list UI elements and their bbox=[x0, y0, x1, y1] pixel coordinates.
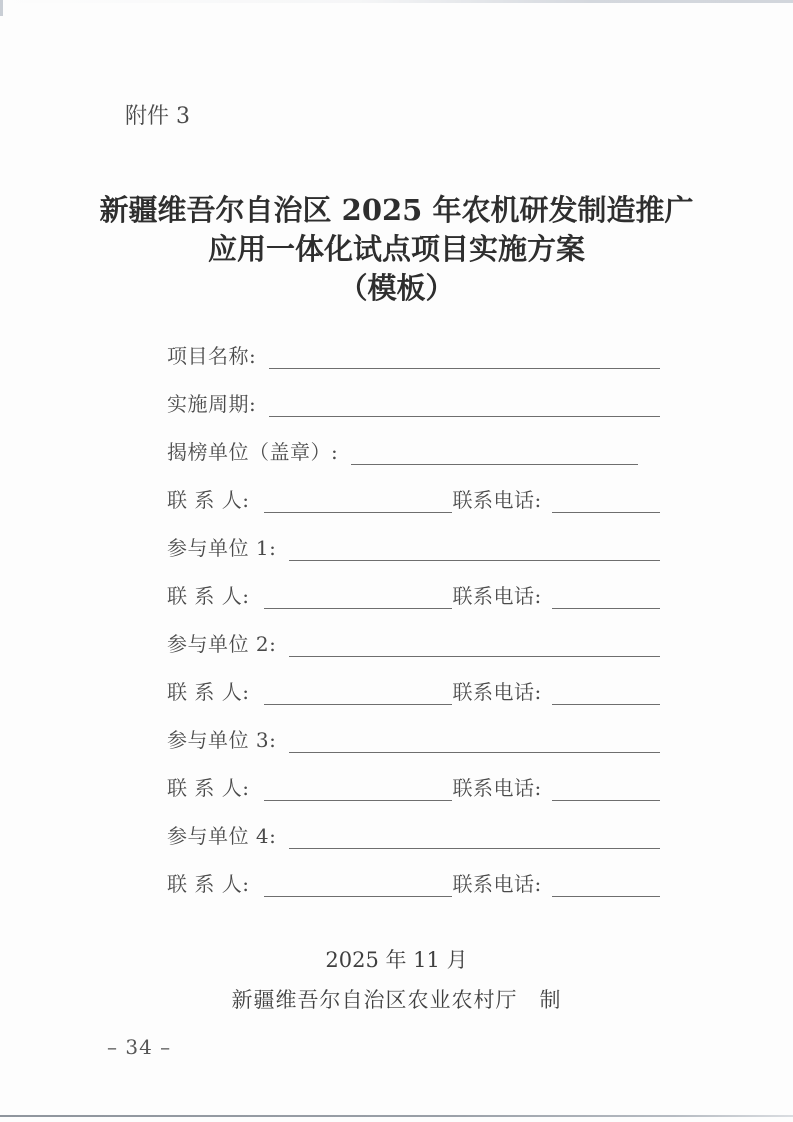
field-label: 项目名称: bbox=[167, 345, 256, 367]
form-row-contact-2: 联 系 人: 联系电话: bbox=[167, 562, 660, 610]
form-row-contact-5: 联 系 人: 联系电话: bbox=[167, 850, 660, 898]
form-row-awarded-unit: 揭榜单位（盖章）: bbox=[167, 418, 660, 466]
blank-field-line bbox=[289, 848, 660, 849]
field-label: 实施周期: bbox=[167, 393, 256, 415]
field-label-phone: 联系电话: bbox=[452, 777, 541, 799]
field-label: 联 系 人: bbox=[167, 585, 249, 607]
blank-field-line bbox=[289, 656, 660, 657]
field-label: 联 系 人: bbox=[167, 681, 249, 703]
footer-date: 2025 年 11 月 bbox=[0, 944, 793, 974]
blank-field-line bbox=[269, 416, 660, 417]
field-label: 联 系 人: bbox=[167, 489, 249, 511]
document-title: 新疆维吾尔自治区 2025 年农机研发制造推广 应用一体化试点项目实施方案 （模… bbox=[0, 191, 793, 308]
blank-field-line bbox=[289, 560, 660, 561]
blank-field-line bbox=[552, 704, 660, 705]
field-label: 参与单位 3: bbox=[167, 729, 276, 751]
field-label: 参与单位 2: bbox=[167, 633, 276, 655]
field-label-phone: 联系电话: bbox=[452, 585, 541, 607]
blank-field-line bbox=[552, 896, 660, 897]
field-label-phone: 联系电话: bbox=[452, 681, 541, 703]
blank-field-line bbox=[552, 800, 660, 801]
footer-issuer: 新疆维吾尔自治区农业农村厅 制 bbox=[0, 984, 793, 1014]
blank-field-line bbox=[289, 752, 660, 753]
attachment-label: 附件 3 bbox=[125, 99, 190, 130]
form-row-contact-3: 联 系 人: 联系电话: bbox=[167, 658, 660, 706]
blank-field-line bbox=[264, 800, 452, 801]
scan-edge-left bbox=[0, 0, 3, 16]
field-label: 参与单位 1: bbox=[167, 537, 276, 559]
field-label: 联 系 人: bbox=[167, 777, 249, 799]
field-label: 参与单位 4: bbox=[167, 825, 276, 847]
field-label: 揭榜单位（盖章）: bbox=[167, 441, 338, 463]
form-row-participant-unit-1: 参与单位 1: bbox=[167, 514, 660, 562]
form-row-contact-4: 联 系 人: 联系电话: bbox=[167, 754, 660, 802]
scan-edge-bottom bbox=[0, 1115, 793, 1117]
form-row-participant-unit-4: 参与单位 4: bbox=[167, 802, 660, 850]
blank-field-line bbox=[264, 512, 452, 513]
field-label-phone: 联系电话: bbox=[452, 873, 541, 895]
scan-edge-top bbox=[0, 0, 793, 3]
form-row-implementation-period: 实施周期: bbox=[167, 370, 660, 418]
blank-field-line bbox=[264, 608, 452, 609]
blank-field-line bbox=[264, 704, 452, 705]
form-row-contact-1: 联 系 人: 联系电话: bbox=[167, 466, 660, 514]
title-line-2: 应用一体化试点项目实施方案 bbox=[0, 230, 793, 269]
blank-field-line bbox=[351, 464, 638, 465]
title-line-1: 新疆维吾尔自治区 2025 年农机研发制造推广 bbox=[0, 191, 793, 230]
form-row-participant-unit-3: 参与单位 3: bbox=[167, 706, 660, 754]
page-number: – 34 – bbox=[107, 1035, 171, 1059]
form-row-participant-unit-2: 参与单位 2: bbox=[167, 610, 660, 658]
blank-field-line bbox=[552, 608, 660, 609]
form-row-project-name: 项目名称: bbox=[167, 322, 660, 370]
application-form: 项目名称: 实施周期: 揭榜单位（盖章）: 联 系 人: 联系电话: 参与单位 … bbox=[167, 322, 660, 898]
blank-field-line bbox=[264, 896, 452, 897]
title-line-3: （模板） bbox=[0, 269, 793, 308]
scanned-document-page: 附件 3 新疆维吾尔自治区 2025 年农机研发制造推广 应用一体化试点项目实施… bbox=[0, 0, 793, 1122]
blank-field-line bbox=[552, 512, 660, 513]
field-label: 联 系 人: bbox=[167, 873, 249, 895]
blank-field-line bbox=[269, 368, 660, 369]
field-label-phone: 联系电话: bbox=[452, 489, 541, 511]
